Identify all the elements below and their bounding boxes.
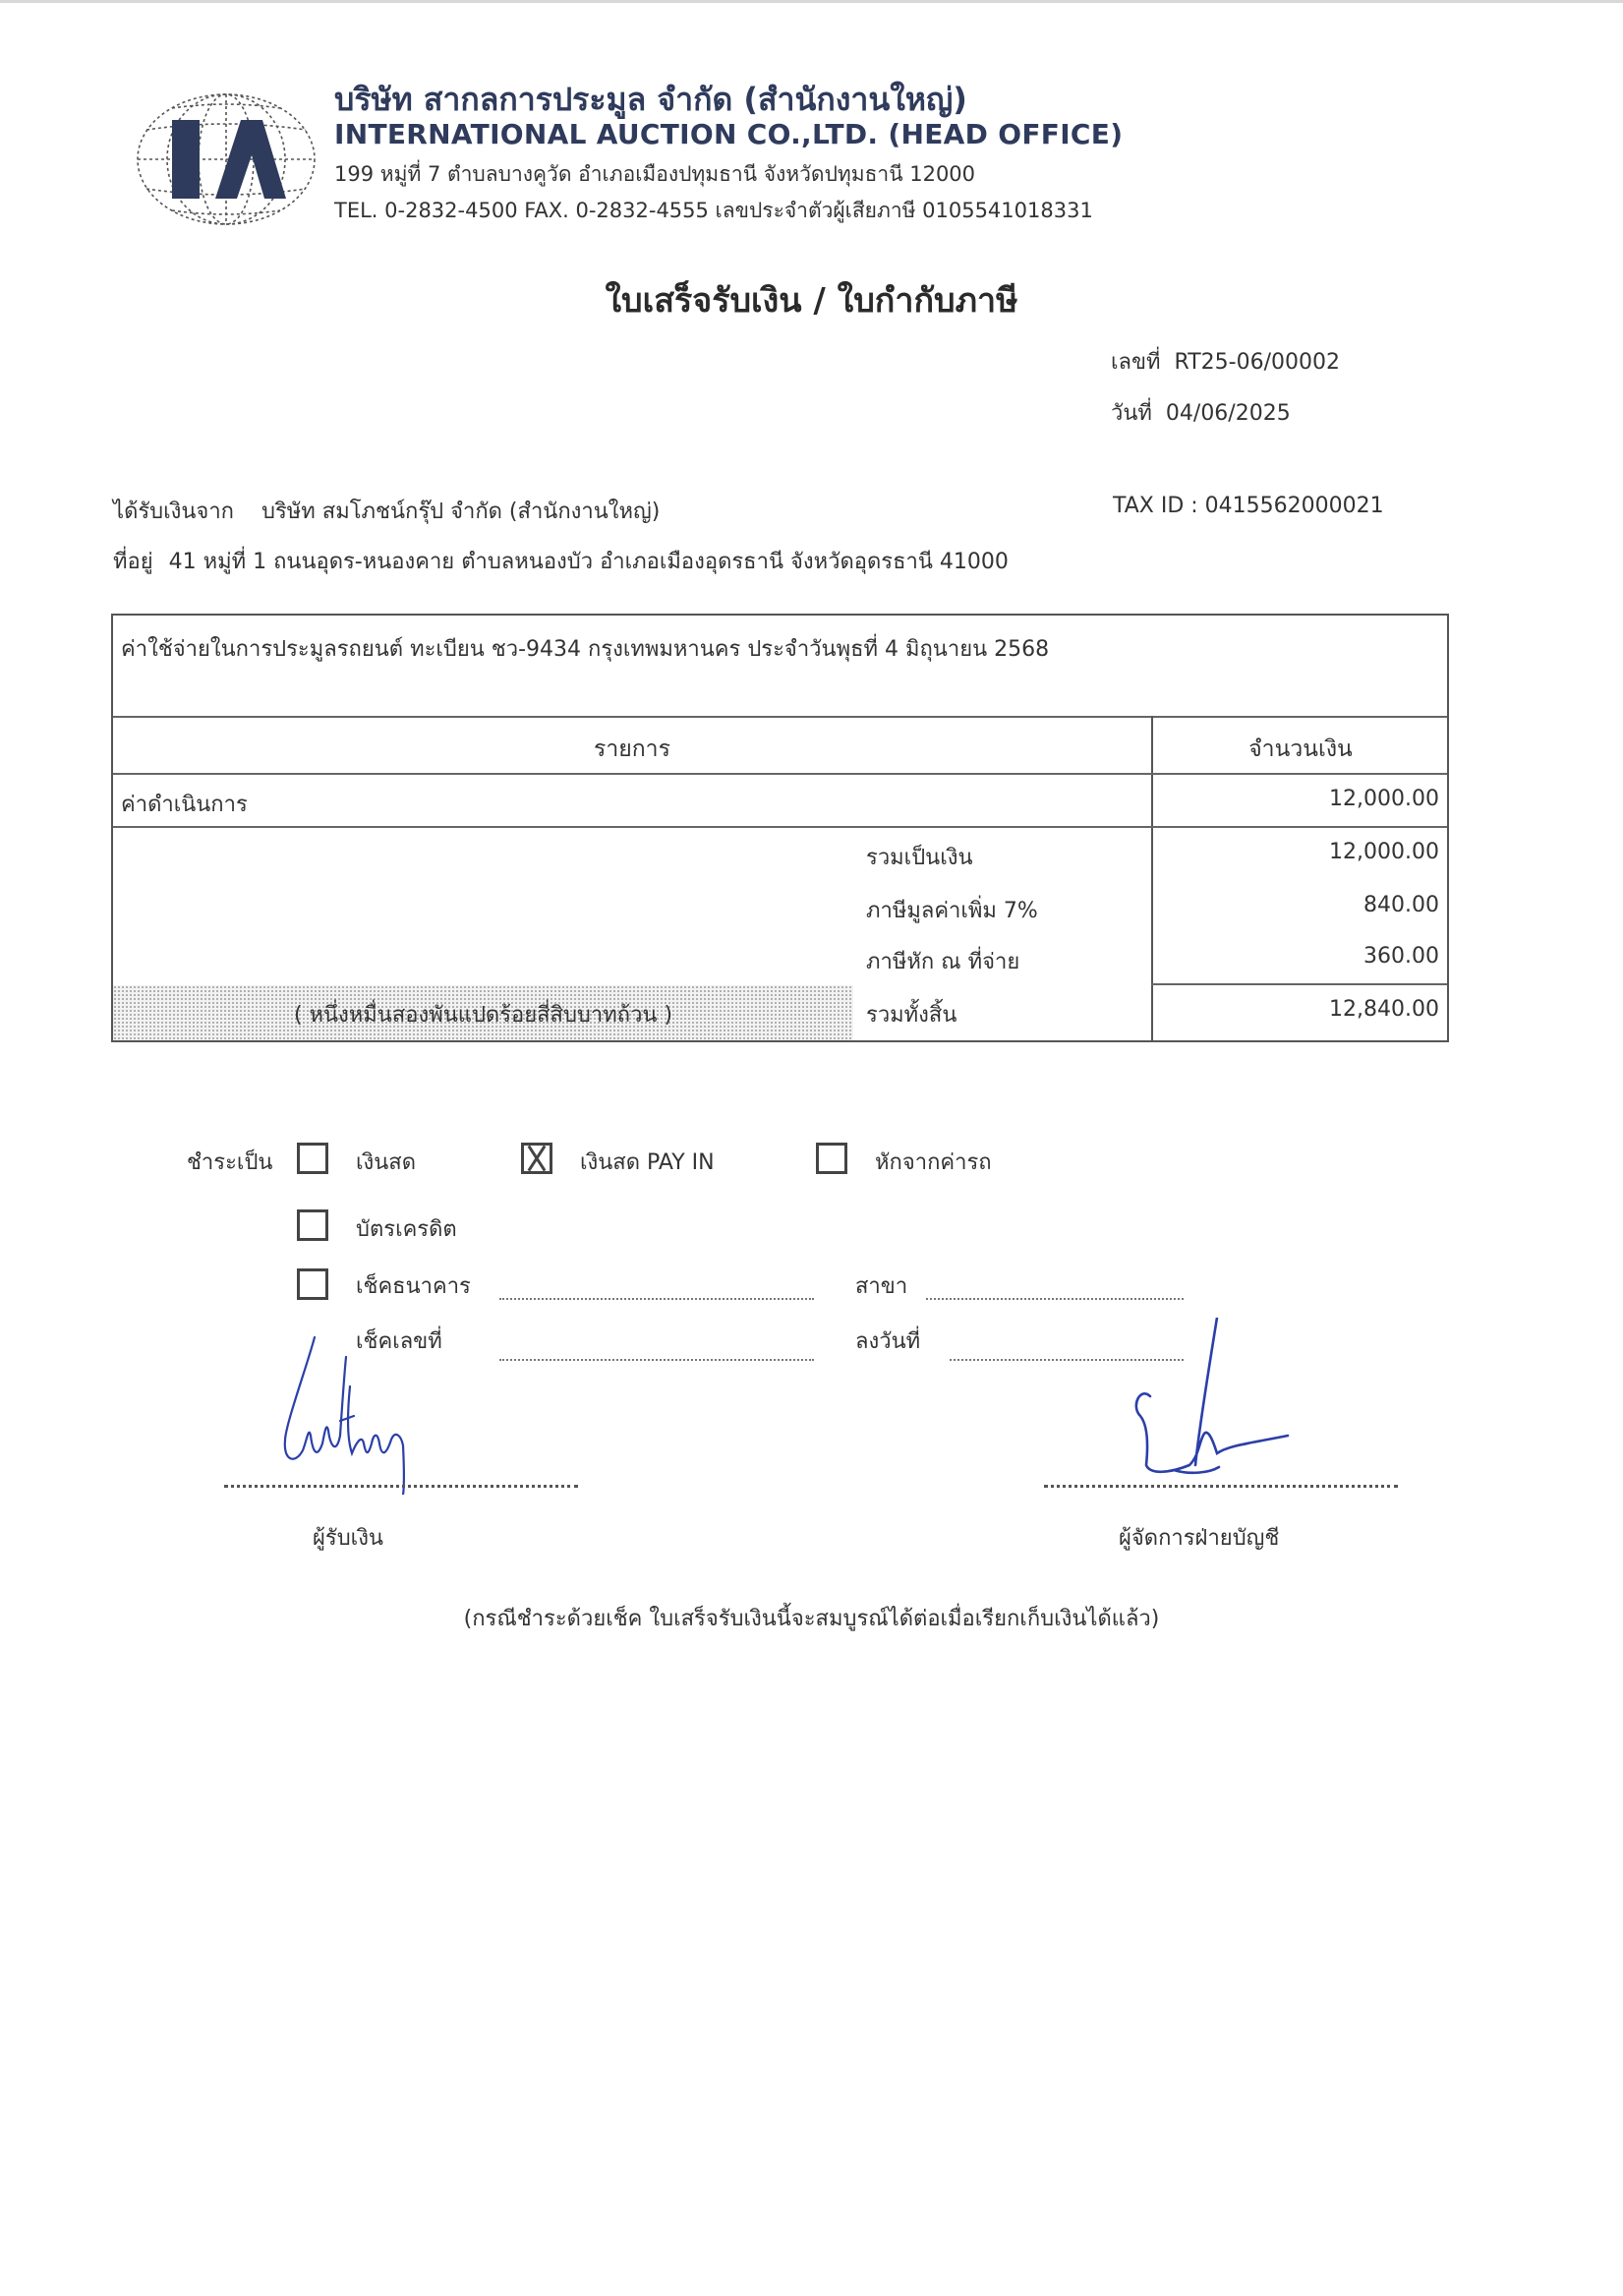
option-cash-pay-in-label: เงินสด PAY IN: [580, 1145, 715, 1179]
document-title: ใบเสร็จรับเงิน / ใบกำกับภาษี: [0, 273, 1623, 326]
manager-label: ผู้จัดการฝ่ายบัญชี: [1119, 1520, 1279, 1555]
branch-field[interactable]: [926, 1298, 1184, 1300]
document-date-label: วันที่: [1111, 401, 1152, 426]
page-edge: [0, 0, 1623, 3]
document-date-value: 04/06/2025: [1166, 401, 1291, 426]
received-from-label: ได้รับเงินจาก: [113, 500, 234, 524]
company-name-english: INTERNATIONAL AUCTION CO.,LTD. (HEAD OFF…: [334, 118, 1123, 150]
company-address: 199 หมู่ที่ 7 ตำบลบางคูวัด อำเภอเมืองปทุ…: [334, 158, 975, 191]
receiver-label: ผู้รับเงิน: [313, 1520, 383, 1555]
checkbox-cash-pay-in[interactable]: [521, 1143, 552, 1174]
total-divider: [1151, 983, 1447, 985]
manager-signature: [1091, 1318, 1307, 1495]
header-item: รายการ: [113, 732, 1151, 767]
table-divider: [113, 773, 1447, 775]
receiver-signature: [256, 1327, 472, 1495]
document-number-value: RT25-06/00002: [1175, 350, 1340, 375]
checkbox-credit-card[interactable]: [297, 1209, 328, 1241]
subtotal-label: รวมเป็นเงิน: [866, 840, 973, 874]
cheque-date-label: ลงวันที่: [855, 1324, 920, 1358]
withholding-tax-amount: 360.00: [1363, 944, 1439, 969]
receipt-table: ค่าใช้จ่ายในการประมูลรถยนต์ ทะเบียน ชว-9…: [111, 614, 1449, 1042]
amount-in-words: ( หนึ่งหมื่นสองพันแปดร้อยสี่สิบบาทถ้วน ): [113, 997, 853, 1031]
table-divider: [113, 716, 1447, 718]
header-amount: จำนวนเงิน: [1153, 732, 1448, 767]
line-item-name: ค่าดำเนินการ: [121, 787, 248, 821]
receiver-signature-line: [224, 1485, 578, 1488]
company-contact: TEL. 0-2832-4500 FAX. 0-2832-4555 เลขประ…: [334, 195, 1093, 227]
option-credit-card-label: บัตรเครดิต: [356, 1211, 457, 1246]
manager-signature-line: [1044, 1485, 1398, 1488]
customer-name-line: ได้รับเงินจากบริษัท สมโภชน์กรุ๊ป จำกัด (…: [113, 494, 660, 528]
customer-address: 41 หมู่ที่ 1 ถนนอุดร-หนองคาย ตำบลหนองบัว…: [169, 550, 1009, 574]
grand-total-label: รวมทั้งสิ้น: [866, 997, 956, 1031]
customer-name: บริษัท สมโภชน์กรุ๊ป จำกัด (สำนักงานใหญ่): [261, 500, 660, 524]
withholding-tax-label: ภาษีหัก ณ ที่จ่าย: [866, 944, 1019, 978]
cheque-footnote: (กรณีชำระด้วยเช็ค ใบเสร็จรับเงินนี้จะสมบ…: [0, 1601, 1623, 1635]
payment-method-label: ชำระเป็น: [187, 1145, 272, 1179]
checkbox-deduct-from-car[interactable]: [816, 1143, 847, 1174]
branch-label: สาขา: [855, 1268, 907, 1303]
grand-total-amount: 12,840.00: [1329, 997, 1439, 1022]
table-divider: [113, 826, 1447, 828]
cheque-number-field[interactable]: [499, 1359, 814, 1361]
address-label: ที่อยู่: [113, 550, 153, 574]
customer-tax-id: TAX ID : 0415562000021: [1113, 494, 1384, 518]
option-deduct-from-car-label: หักจากค่ารถ: [875, 1145, 992, 1179]
document-number: เลขที่RT25-06/00002: [1111, 344, 1340, 379]
checkbox-bank-cheque[interactable]: [297, 1268, 328, 1300]
subtotal-amount: 12,000.00: [1329, 840, 1439, 864]
checkbox-cash[interactable]: [297, 1143, 328, 1174]
option-bank-cheque-label: เช็คธนาคาร: [356, 1268, 471, 1303]
document-number-label: เลขที่: [1111, 350, 1161, 375]
customer-address-line: ที่อยู่41 หมู่ที่ 1 ถนนอุดร-หนองคาย ตำบล…: [113, 544, 1009, 578]
line-item-amount: 12,000.00: [1329, 787, 1439, 811]
option-cash-label: เงินสด: [356, 1145, 416, 1179]
bank-cheque-field[interactable]: [499, 1298, 814, 1300]
company-logo: [133, 90, 319, 228]
vat-amount: 840.00: [1363, 893, 1439, 917]
document-date: วันที่04/06/2025: [1111, 395, 1291, 430]
globe-icon: [133, 90, 319, 228]
table-description: ค่าใช้จ่ายในการประมูลรถยนต์ ทะเบียน ชว-9…: [121, 631, 1049, 666]
vat-label: ภาษีมูลค่าเพิ่ม 7%: [866, 893, 1038, 927]
